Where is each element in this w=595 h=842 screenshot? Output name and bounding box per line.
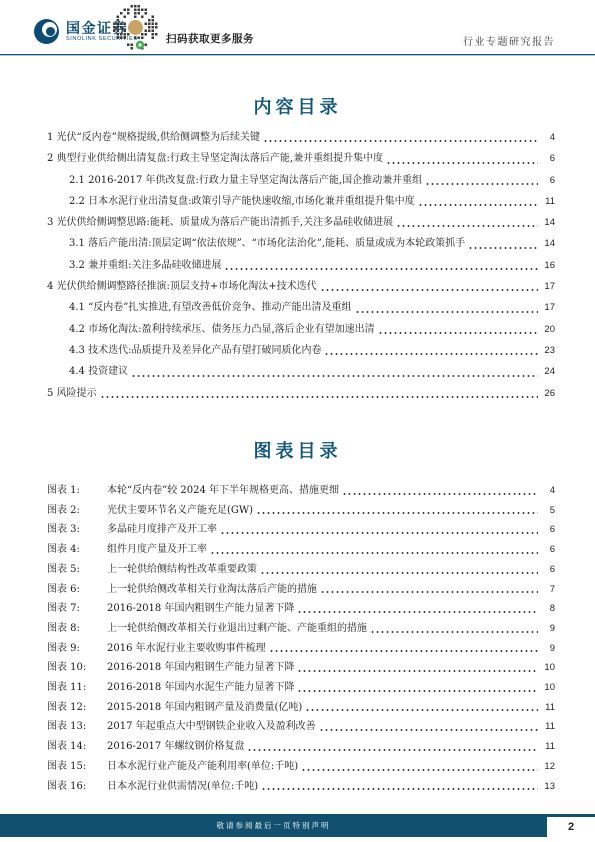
dot-leader — [220, 532, 538, 534]
dot-leader — [320, 289, 538, 291]
figure-entry-page: 5 — [541, 501, 555, 521]
figure-entry-number: 图表 13: — [47, 717, 107, 737]
dot-leader — [396, 225, 538, 227]
toc-entry-page: 4 — [541, 127, 555, 148]
dot-leader — [263, 140, 538, 142]
figure-toc-entry[interactable]: 图表 10:2016-2018 年国内粗钢生产能力显著下降10 — [47, 658, 555, 678]
dot-leader — [247, 749, 538, 751]
figure-entry-page: 6 — [541, 560, 555, 580]
toc-entry-label: 4 光伏供给侧调整路径推演:顶层支持+市场化淘汰+技术迭代 — [47, 276, 317, 297]
content-toc-entry[interactable]: 3.1 落后产能出清:顶层定调“依法依规”、“市场化法治化”,能耗、质量或成为本… — [47, 233, 555, 254]
dot-leader — [378, 332, 538, 334]
figure-entry-page: 11 — [541, 737, 555, 757]
figure-entry-number: 图表 11: — [47, 678, 107, 698]
figure-entry-number: 图表 1: — [47, 481, 107, 501]
figure-entry-page: 4 — [541, 481, 555, 501]
dot-leader — [305, 709, 538, 711]
qr-caption: 扫码获取更多服务 — [166, 31, 254, 46]
dot-leader — [418, 204, 538, 206]
figure-entry-label: 2016-2018 年国内水泥生产能力显著下降 — [107, 678, 294, 698]
toc-entry-label: 5 风险提示 — [47, 383, 97, 404]
figure-toc-entry[interactable]: 图表 14:2016-2017 年螺纹钢价格复盘11 — [47, 737, 555, 757]
figure-entry-page: 11 — [541, 698, 555, 718]
footer-disclaimer-text: 敬请参阅最后一页特别声明 — [217, 820, 331, 831]
dot-leader — [386, 162, 538, 164]
toc-entry-label: 4.4 投资建议 — [69, 361, 128, 382]
dot-leader — [342, 493, 538, 495]
toc-entry-label: 2.1 2016-2017 年供改复盘:行政力量主导坚定淘汰落后产能,国企推动兼… — [69, 170, 422, 191]
header-divider — [0, 54, 595, 56]
figure-entry-label: 日本水泥行业产能及产能利用率(单位:千吨) — [107, 757, 298, 777]
dot-leader — [256, 512, 538, 514]
figure-entry-number: 图表 9: — [47, 639, 107, 659]
figure-entry-label: 组件月度产量及开工率 — [107, 540, 207, 560]
figure-entry-label: 2016 年水泥行业主要收购事件梳理 — [107, 639, 266, 659]
content-toc-entry[interactable]: 2.2 日本水泥行业出清复盘:政策引导产能快速收缩,市场化兼并重组提升集中度11 — [47, 191, 555, 212]
report-page: 国金证券 SINOLINK SECURITIES 扫码获取更多服务 行业专题研究… — [0, 0, 595, 842]
figure-entry-number: 图表 16: — [47, 777, 107, 797]
dot-leader — [100, 396, 538, 398]
report-type-label: 行业专题研究报告 — [463, 33, 555, 48]
figure-toc-title: 图表目录 — [0, 437, 595, 463]
figure-entry-page: 11 — [541, 717, 555, 737]
qr-code-icon — [111, 3, 160, 52]
figure-entry-number: 图表 8: — [47, 619, 107, 639]
figure-entry-label: 2016-2018 年国内粗钢生产能力显著下降 — [107, 599, 294, 619]
figure-toc-entry[interactable]: 图表 7:2016-2018 年国内粗钢生产能力显著下降8 — [47, 599, 555, 619]
dot-leader — [301, 769, 538, 771]
figure-toc-entry[interactable]: 图表 5:上一轮供给侧结构性改革重要政策6 — [47, 560, 555, 580]
footer-page-number: 2 — [547, 814, 595, 837]
figure-entry-label: 多晶硅月度排产及开工率 — [107, 520, 217, 540]
dot-leader — [320, 591, 538, 593]
figure-toc-entry[interactable]: 图表 11:2016-2018 年国内水泥生产能力显著下降10 — [47, 678, 555, 698]
figure-toc-entry[interactable]: 图表 3:多晶硅月度排产及开工率6 — [47, 520, 555, 540]
dot-leader — [370, 631, 538, 633]
figure-entry-number: 图表 4: — [47, 540, 107, 560]
toc-entry-page: 17 — [541, 276, 555, 297]
dot-leader — [355, 311, 539, 313]
content-toc-entry[interactable]: 5 风险提示26 — [47, 383, 555, 404]
dot-leader — [261, 788, 538, 790]
content-toc-entry[interactable]: 4.1 “反内卷”扎实推进,有望改善低价竞争、推动产能出清及重组17 — [47, 297, 555, 318]
figure-toc-entry[interactable]: 图表 1:本轮“反内卷”较 2024 年下半年规格更高、措施更细4 — [47, 481, 555, 501]
figure-entry-page: 7 — [541, 580, 555, 600]
toc-entry-label: 2.2 日本水泥行业出清复盘:政策引导产能快速收缩,市场化兼并重组提升集中度 — [69, 191, 415, 212]
figure-toc-entry[interactable]: 图表 6:上一轮供给侧改革相关行业淘汰落后产能的措施7 — [47, 580, 555, 600]
toc-entry-page: 6 — [541, 148, 555, 169]
dot-leader — [224, 268, 538, 270]
content-toc-entry[interactable]: 1 光伏“反内卷”规格提级,供给侧调整为后续关键4 — [47, 127, 555, 148]
figure-entry-number: 图表 5: — [47, 560, 107, 580]
figure-entry-label: 上一轮供给侧改革相关行业退出过剩产能、产能重组的措施 — [107, 619, 367, 639]
figure-entry-number: 图表 6: — [47, 580, 107, 600]
toc-entry-page: 26 — [541, 383, 555, 404]
toc-entry-label: 3.2 兼并重组:关注多晶硅收储进展 — [69, 255, 221, 276]
toc-entry-page: 11 — [541, 191, 555, 212]
figure-entry-label: 2015-2018 年国内粗钢产量及消费量(亿吨) — [107, 698, 302, 718]
toc-entry-page: 20 — [541, 319, 555, 340]
content-toc-entry[interactable]: 2.1 2016-2017 年供改复盘:行政力量主导坚定淘汰落后产能,国企推动兼… — [47, 170, 555, 191]
figure-toc-entry[interactable]: 图表 2:光伏主要环节名义产能充足(GW)5 — [47, 501, 555, 521]
figure-toc-entry[interactable]: 图表 16:日本水泥行业供需情况(单位:千吨)13 — [47, 777, 555, 797]
content-toc-entry[interactable]: 4 光伏供给侧调整路径推演:顶层支持+市场化淘汰+技术迭代17 — [47, 276, 555, 297]
figure-entry-label: 本轮“反内卷”较 2024 年下半年规格更高、措施更细 — [107, 481, 339, 501]
toc-entry-page: 16 — [541, 255, 555, 276]
content-toc-entry[interactable]: 4.4 投资建议24 — [47, 361, 555, 382]
figure-toc-entry[interactable]: 图表 15:日本水泥行业产能及产能利用率(单位:千吨)12 — [47, 757, 555, 777]
figure-entry-label: 日本水泥行业供需情况(单位:千吨) — [107, 777, 258, 797]
dot-leader — [260, 572, 538, 574]
figure-toc-entry[interactable]: 图表 13:2017 年起重点大中型钢铁企业收入及盈利改善11 — [47, 717, 555, 737]
toc-entry-page: 6 — [541, 170, 555, 191]
figure-entry-label: 上一轮供给侧改革相关行业淘汰落后产能的措施 — [107, 580, 317, 600]
toc-entry-label: 3.1 落后产能出清:顶层定调“依法依规”、“市场化法治化”,能耗、质量或成为本… — [69, 233, 465, 254]
dot-leader — [269, 650, 538, 652]
figure-entry-page: 10 — [541, 658, 555, 678]
figure-entry-label: 光伏主要环节名义产能充足(GW) — [107, 501, 253, 521]
figure-entry-number: 图表 15: — [47, 757, 107, 777]
content-toc-entry[interactable]: 3.2 兼并重组:关注多晶硅收储进展16 — [47, 255, 555, 276]
figure-entry-number: 图表 10: — [47, 658, 107, 678]
dot-leader — [319, 729, 538, 731]
figure-entry-page: 10 — [541, 678, 555, 698]
figure-toc-entry[interactable]: 图表 9:2016 年水泥行业主要收购事件梳理9 — [47, 639, 555, 659]
toc-entry-label: 1 光伏“反内卷”规格提级,供给侧调整为后续关键 — [47, 127, 260, 148]
dot-leader — [297, 690, 538, 692]
toc-entry-page: 24 — [541, 361, 555, 382]
figure-toc-entry[interactable]: 图表 12:2015-2018 年国内粗钢产量及消费量(亿吨)11 — [47, 698, 555, 718]
figure-entry-label: 2016-2018 年国内粗钢生产能力显著下降 — [107, 658, 294, 678]
figure-toc-list: 图表 1:本轮“反内卷”较 2024 年下半年规格更高、措施更细4图表 2:光伏… — [47, 481, 555, 796]
page-header: 国金证券 SINOLINK SECURITIES 扫码获取更多服务 行业专题研究… — [0, 0, 595, 54]
dot-leader — [210, 552, 538, 554]
content-toc-title: 内容目录 — [0, 93, 595, 119]
toc-entry-page: 17 — [541, 297, 555, 318]
figure-entry-number: 图表 2: — [47, 501, 107, 521]
figure-entry-page: 8 — [541, 599, 555, 619]
dot-leader — [468, 247, 538, 249]
toc-entry-page: 14 — [541, 233, 555, 254]
toc-entry-label: 2 典型行业供给侧出清复盘:行政主导坚定淘汰落后产能,兼并重组提升集中度 — [47, 148, 383, 169]
figure-entry-label: 上一轮供给侧结构性改革重要政策 — [107, 560, 257, 580]
figure-entry-label: 2017 年起重点大中型钢铁企业收入及盈利改善 — [107, 717, 316, 737]
toc-entry-label: 4.3 技术迭代:品质提升及差异化产品有望打破同质化内卷 — [69, 340, 321, 361]
dot-leader — [425, 183, 538, 185]
figure-entry-label: 2016-2017 年螺纹钢价格复盘 — [107, 737, 244, 757]
figure-toc-entry[interactable]: 图表 4:组件月度产量及开工率6 — [47, 540, 555, 560]
toc-entry-page: 23 — [541, 340, 555, 361]
toc-entry-page: 14 — [541, 212, 555, 233]
toc-entry-label: 4.1 “反内卷”扎实推进,有望改善低价竞争、推动产能出清及重组 — [69, 297, 352, 318]
dot-leader — [131, 375, 538, 377]
figure-entry-page: 9 — [541, 639, 555, 659]
toc-entry-label: 4.2 市场化淘汰:盈利持续承压、债务压力凸显,落后企业有望加速出清 — [69, 319, 375, 340]
dot-leader — [297, 611, 538, 613]
dot-leader — [324, 353, 538, 355]
sinolink-logo-icon — [34, 19, 59, 44]
figure-entry-page: 6 — [541, 540, 555, 560]
figure-entry-page: 12 — [541, 757, 555, 777]
figure-entry-page: 13 — [541, 777, 555, 797]
content-toc-entry[interactable]: 2 典型行业供给侧出清复盘:行政主导坚定淘汰落后产能,兼并重组提升集中度6 — [47, 148, 555, 169]
figure-toc-entry[interactable]: 图表 8:上一轮供给侧改革相关行业退出过剩产能、产能重组的措施9 — [47, 619, 555, 639]
toc-entry-label: 3 光伏供给侧调整思路:能耗、质量成为落后产能出清抓手,关注多晶硅收储进展 — [47, 212, 393, 233]
figure-entry-page: 9 — [541, 619, 555, 639]
dot-leader — [297, 670, 538, 672]
figure-entry-number: 图表 12: — [47, 698, 107, 718]
content-toc-list: 1 光伏“反内卷”规格提级,供给侧调整为后续关键42 典型行业供给侧出清复盘:行… — [47, 127, 555, 404]
content-toc-entry[interactable]: 3 光伏供给侧调整思路:能耗、质量成为落后产能出清抓手,关注多晶硅收储进展14 — [47, 212, 555, 233]
content-toc-entry[interactable]: 4.3 技术迭代:品质提升及差异化产品有望打破同质化内卷23 — [47, 340, 555, 361]
figure-entry-number: 图表 3: — [47, 520, 107, 540]
figure-entry-number: 图表 7: — [47, 599, 107, 619]
figure-entry-number: 图表 14: — [47, 737, 107, 757]
content-toc-entry[interactable]: 4.2 市场化淘汰:盈利持续承压、债务压力凸显,落后企业有望加速出清20 — [47, 319, 555, 340]
figure-entry-page: 6 — [541, 520, 555, 540]
footer-disclaimer-bar: 敬请参阅最后一页特别声明 — [0, 814, 547, 837]
